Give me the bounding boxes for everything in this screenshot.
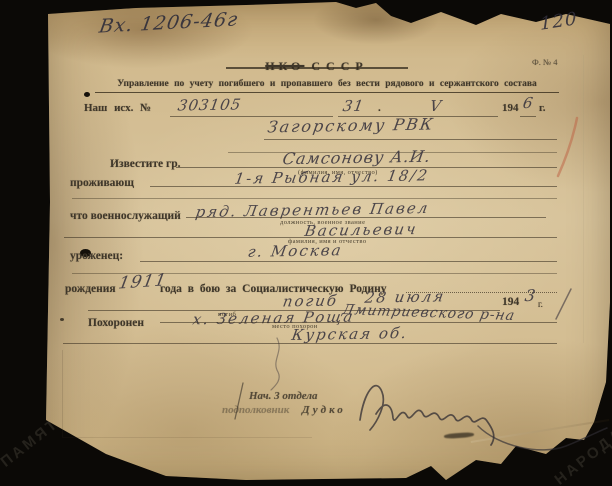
- org-header: НКО СССР: [232, 59, 402, 74]
- org-name-struck: НКО: [265, 59, 304, 73]
- residing-value-handwritten: 1-я Рыбная ул. 18/2: [233, 166, 430, 187]
- death-year-printed: 194: [502, 296, 519, 308]
- death-suffix: г.: [538, 299, 543, 309]
- department-title: Управление по учету погибшего и пропавше…: [95, 79, 559, 93]
- outgoing-number-value: 303105: [176, 95, 242, 114]
- serviceman-label: что военнослужащий: [70, 210, 181, 222]
- birthplace-label: уроженец:: [70, 250, 123, 262]
- strike-line: [226, 67, 408, 69]
- date-separator: .: [378, 102, 381, 114]
- birth-label: рождения: [65, 283, 116, 295]
- birth-printed-text: года в бою за Социалистическую Родину: [160, 283, 386, 295]
- underline: [520, 116, 536, 117]
- underline: [140, 261, 557, 262]
- underline: [63, 343, 557, 344]
- notify-value-handwritten: Самсонову А.И.: [281, 147, 432, 169]
- org-name: СССР: [311, 59, 368, 73]
- addressee-handwritten: Загорскому РВК: [266, 115, 436, 137]
- birthplace-value-handwritten: г. Москва: [246, 241, 344, 261]
- scanned-document: ПАМЯТЬ НАРОДА Вх. 1206-46г 120 НКО СССР …: [0, 0, 612, 486]
- outgoing-number-label: Наш исх. №: [84, 102, 151, 114]
- frame-bottom-line: [62, 437, 312, 438]
- notify-label: Известите гр.: [110, 158, 181, 170]
- underline: [264, 139, 557, 140]
- signatory-rank: подполковник: [222, 404, 289, 416]
- burial-label: Похоронен: [88, 317, 144, 329]
- burial-region-handwritten: Курская об.: [290, 324, 409, 344]
- frame-left-line: [62, 350, 63, 437]
- date-day-handwritten: 31: [342, 97, 366, 115]
- underline: [72, 198, 557, 199]
- fold-crease-right: [583, 55, 584, 343]
- signatory-title: Нач. 3 отдела: [249, 390, 318, 402]
- date-year-printed: 194: [502, 102, 519, 114]
- punch-hole-top: [84, 92, 90, 97]
- underline: [150, 186, 557, 187]
- underline: [186, 217, 546, 218]
- form-code: Ф. № 4: [532, 57, 557, 67]
- ink-speck: [60, 318, 64, 321]
- date-suffix: г.: [539, 102, 546, 114]
- signatory-name: Дудко: [302, 404, 346, 416]
- underline: [160, 322, 557, 323]
- residing-label: проживающ: [70, 177, 134, 189]
